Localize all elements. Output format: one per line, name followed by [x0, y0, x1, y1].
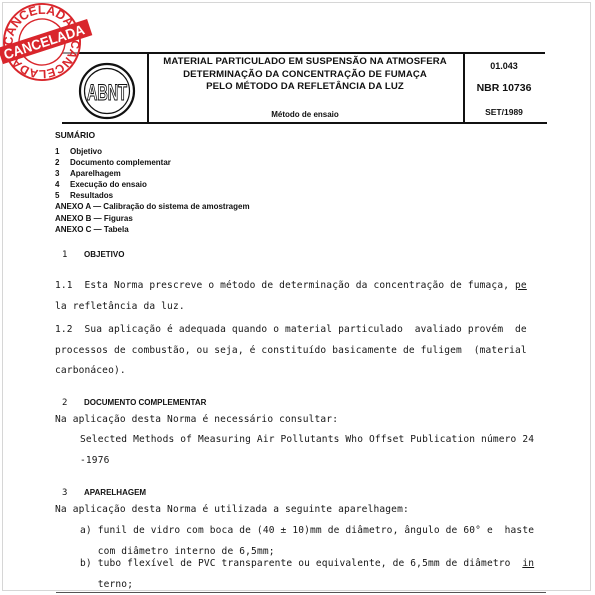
summary-annex: ANEXO A — Calibração do sistema de amost… — [55, 201, 250, 212]
title-box-bottom — [147, 122, 465, 124]
classification-code: 01.043 — [464, 61, 544, 71]
publication-date: SET/1989 — [464, 107, 544, 117]
title-line-1: MATERIAL PARTICULADO EM SUSPENSÃO NA ATM… — [148, 56, 462, 69]
reference-document: Selected Methods of Measuring Air Pollut… — [80, 430, 534, 471]
cancelled-stamp: CANCELADA CANCELADA CANCELADA — [0, 0, 100, 100]
code-box-top — [463, 52, 545, 54]
section-3-intro: Na aplicação desta Norma é utilizada a s… — [55, 500, 409, 521]
document-type: Método de ensaio — [148, 110, 462, 119]
summary-item: 1Objetivo — [55, 146, 250, 157]
summary-item: 4Execução do ensaio — [55, 179, 250, 190]
section-2-intro: Na aplicação desta Norma é necessário co… — [55, 410, 338, 431]
paragraph-1-1: 1.1 Esta Norma prescreve o método de det… — [55, 276, 527, 317]
summary-item: 3Aparelhagem — [55, 168, 250, 179]
document-title: MATERIAL PARTICULADO EM SUSPENSÃO NA ATM… — [148, 56, 462, 94]
summary-annex: ANEXO C — Tabela — [55, 224, 250, 235]
section-1-heading: 1OBJETIVO — [62, 250, 124, 260]
summary-title: SUMÁRIO — [55, 130, 95, 140]
title-line-2: DETERMINAÇÃO DA CONCENTRAÇÃO DE FUMAÇA — [148, 69, 462, 82]
paragraph-1-2: 1.2 Sua aplicação é adequada quando o ma… — [55, 320, 527, 382]
title-box-top — [147, 52, 465, 54]
title-line-3: PELO MÉTODO DA REFLETÂNCIA DA LUZ — [148, 81, 462, 94]
summary-item: 5Resultados — [55, 190, 250, 201]
page-bottom-rule — [56, 592, 546, 593]
equipment-item-b: b) tubo flexível de PVC transparente ou … — [80, 554, 534, 595]
header-bottom-rule — [62, 122, 148, 124]
summary-item: 2Documento complementar — [55, 157, 250, 168]
summary-list: 1Objetivo 2Documento complementar 3Apare… — [55, 146, 250, 235]
standard-number: NBR 10736 — [464, 82, 544, 94]
code-box-bottom — [463, 122, 547, 124]
summary-annex: ANEXO B — Figuras — [55, 213, 250, 224]
section-3-heading: 3APARELHAGEM — [62, 488, 146, 498]
section-2-heading: 2DOCUMENTO COMPLEMENTAR — [62, 398, 206, 408]
